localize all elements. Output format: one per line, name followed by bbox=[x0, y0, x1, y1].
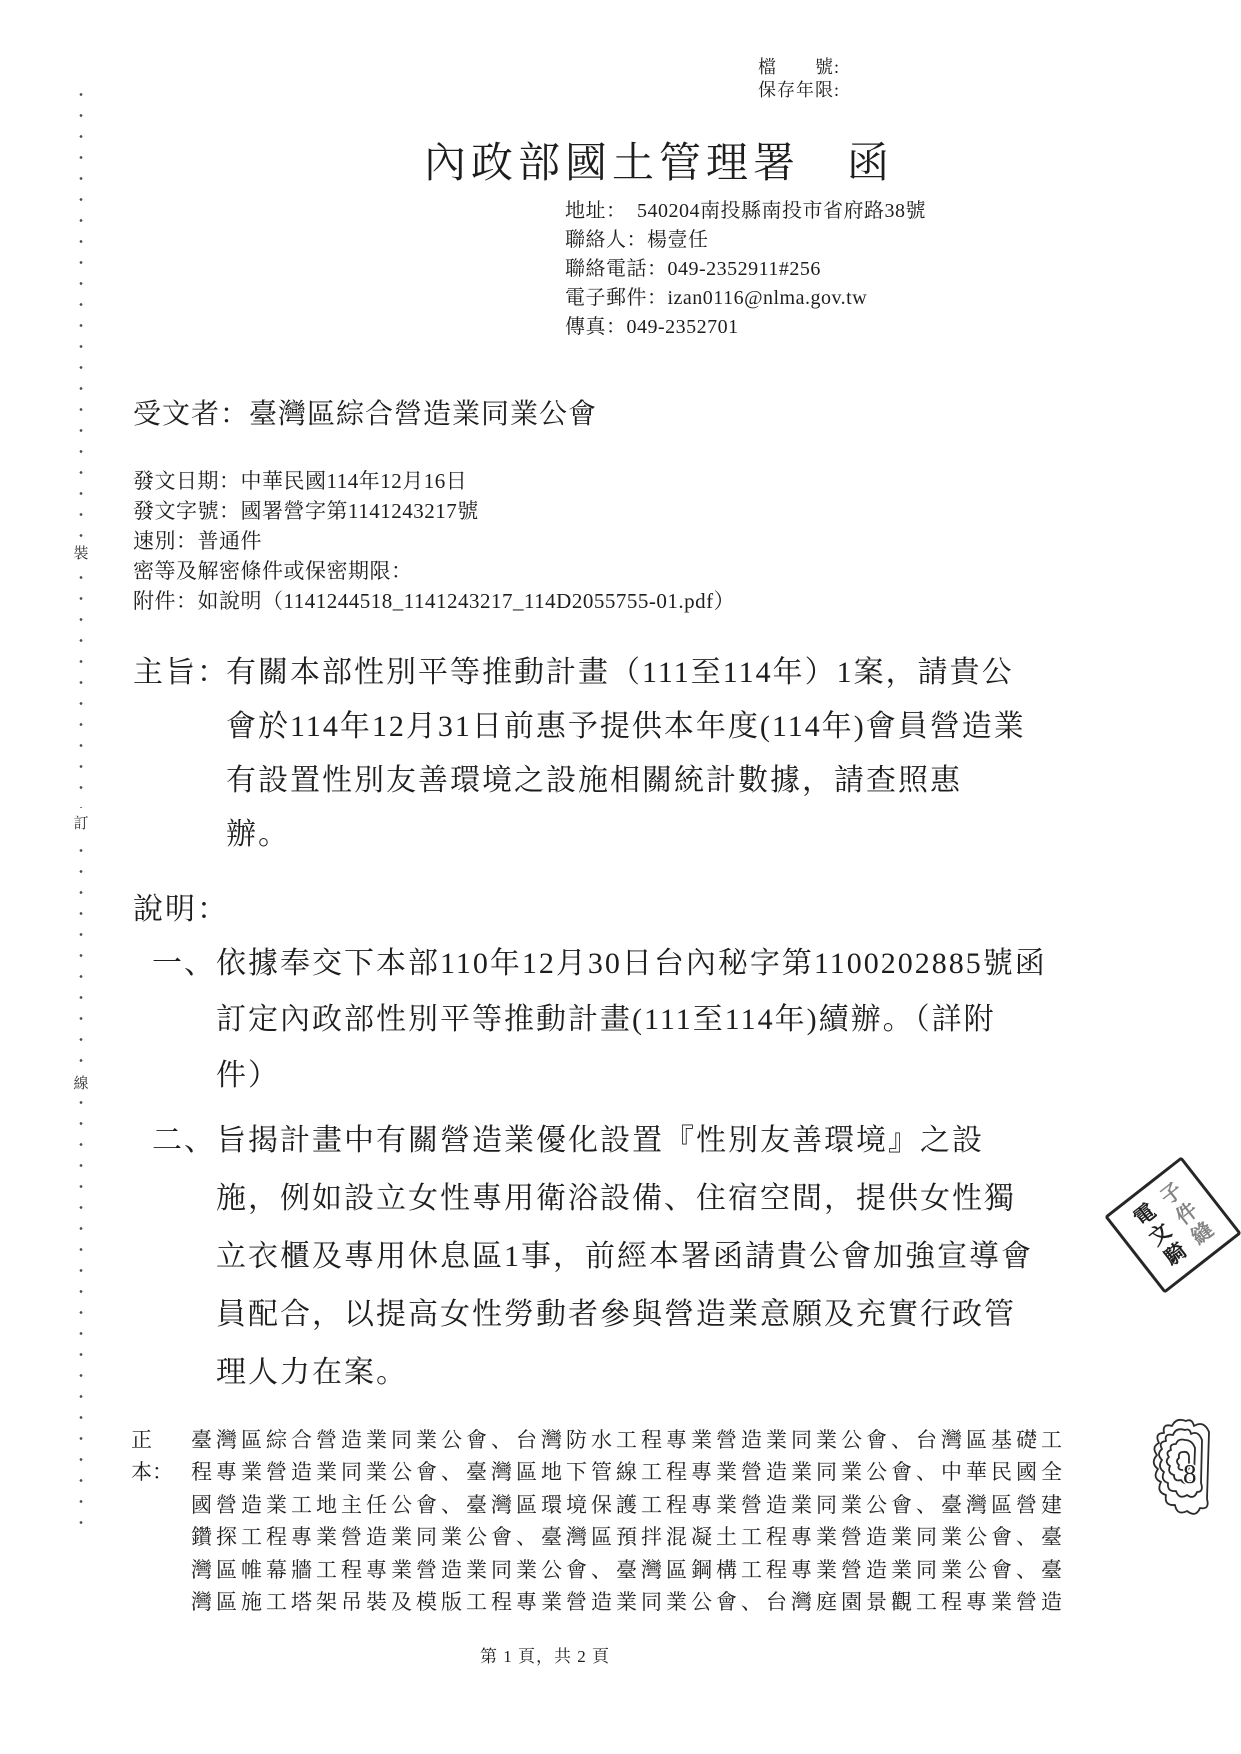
page-number-footer: 第 1 頁，共 2 頁 bbox=[0, 1642, 1090, 1667]
copies-line: 國營造業工地主任公會、臺灣區環境保護工程專業營造業同業公會、臺灣區營建 bbox=[191, 1489, 1066, 1521]
subject-line: 有設置性別友善環境之設施相關統計數據，請查照惠 bbox=[226, 754, 1026, 808]
copies-line: 臺灣區綜合營造業同業公會、台灣防水工程專業營造業同業公會、台灣區基礎工 bbox=[191, 1424, 1066, 1456]
item-line: 立衣櫃及專用休息區1事，前經本署函請貴公會加強宣導會 bbox=[216, 1228, 1033, 1286]
item-line: 依據奉交下本部110年12月30日台內秘字第1100202885號函 bbox=[216, 936, 1047, 992]
sender-info-block: 地址： 540204南投縣南投市省府路38號 聯絡人：楊壹任 聯絡電話：049-… bbox=[565, 197, 926, 342]
copies-label: 正本： bbox=[131, 1424, 191, 1618]
item-line: 施，例如設立女性專用衛浴設備、住宿空間，提供女性獨 bbox=[216, 1170, 1033, 1228]
binding-mark-ding: 訂 bbox=[72, 808, 90, 837]
subject-line: 辦。 bbox=[226, 808, 1026, 862]
subject-label: 主旨： bbox=[133, 646, 229, 700]
item-line: 理人力在案。 bbox=[216, 1344, 1033, 1402]
file-number-block: 檔 號: 保存年限: bbox=[758, 56, 840, 102]
item-line: 件） bbox=[216, 1048, 1047, 1104]
official-letter-page: 裝 訂 線 檔 號: 保存年限: 內政部國土管理署 函 地址： 540204南投… bbox=[0, 0, 1241, 1754]
retention-period-label: 保存年限: bbox=[758, 79, 840, 102]
document-meta-block: 發文日期：中華民國114年12月16日 發文字號：國署營字第1141243217… bbox=[133, 466, 735, 616]
copies-line: 灣區施工塔架吊裝及模版工程專業營造業同業公會、台灣庭園景觀工程專業營造 bbox=[191, 1586, 1066, 1618]
electronic-seam-stamp: 電文騎 子件縫 bbox=[1104, 1156, 1241, 1294]
issue-date: 發文日期：中華民國114年12月16日 bbox=[133, 466, 735, 496]
file-number-label: 檔 號: bbox=[758, 56, 840, 79]
subject-line: 會於114年12月31日前惠予提供本年度(114年)會員營造業 bbox=[226, 700, 1026, 754]
document-title: 內政部國土管理署 函 bbox=[424, 130, 894, 190]
item-number: 一、 bbox=[152, 936, 216, 1104]
item-line: 員配合，以提高女性勞動者參與營造業意願及充實行政管 bbox=[216, 1286, 1033, 1344]
sender-fax: 傳真：049-2352701 bbox=[565, 313, 926, 342]
copies-line: 程專業營造業同業公會、臺灣區地下管線工程專業營造業同業公會、中華民國全 bbox=[191, 1456, 1066, 1488]
sender-phone: 聯絡電話：049-2352911#256 bbox=[565, 255, 926, 284]
subject-body: 有關本部性別平等推動計畫（111至114年）1案，請貴公 會於114年12月31… bbox=[226, 646, 1026, 862]
recipient-line: 受文者：臺灣區綜合營造業同業公會 bbox=[133, 392, 597, 432]
item-number: 二、 bbox=[152, 1112, 216, 1402]
sender-contact-person: 聯絡人：楊壹任 bbox=[565, 226, 926, 255]
speed-class: 速別：普通件 bbox=[133, 526, 735, 556]
security-class: 密等及解密條件或保密期限： bbox=[133, 556, 735, 586]
binding-mark-xian: 線 bbox=[72, 1068, 90, 1097]
item-line: 訂定內政部性別平等推動計畫(111至114年)續辦。（詳附 bbox=[216, 992, 1047, 1048]
copies-line: 灣區帷幕牆工程專業營造業同業公會、臺灣區鋼構工程專業營造業同業公會、臺 bbox=[191, 1554, 1066, 1586]
sender-email: 電子郵件：izan0116@nlma.gov.tw bbox=[565, 284, 926, 313]
explanation-item-2: 二、 旨揭計畫中有關營造業優化設置『性別友善環境』之設 施，例如設立女性專用衛浴… bbox=[152, 1112, 1033, 1402]
page-seam-seal: 8 bbox=[1150, 1417, 1216, 1525]
attachment-line: 附件：如說明（1141244518_1141243217_114D2055755… bbox=[133, 586, 735, 616]
subject-line: 有關本部性別平等推動計畫（111至114年）1案，請貴公 bbox=[226, 646, 1026, 700]
item-body: 旨揭計畫中有關營造業優化設置『性別友善環境』之設 施，例如設立女性專用衛浴設備、… bbox=[216, 1112, 1033, 1402]
sender-address: 地址： 540204南投縣南投市省府路38號 bbox=[565, 197, 926, 226]
original-copies-block: 正本： 臺灣區綜合營造業同業公會、台灣防水工程專業營造業同業公會、台灣區基礎工 … bbox=[131, 1424, 1066, 1618]
issue-number: 發文字號：國署營字第1141243217號 bbox=[133, 496, 735, 526]
item-line: 旨揭計畫中有關營造業優化設置『性別友善環境』之設 bbox=[216, 1112, 1033, 1170]
copies-body: 臺灣區綜合營造業同業公會、台灣防水工程專業營造業同業公會、台灣區基礎工 程專業營… bbox=[191, 1424, 1066, 1618]
explanation-item-1: 一、 依據奉交下本部110年12月30日台內秘字第1100202885號函 訂定… bbox=[152, 936, 1047, 1104]
explanation-label: 說明： bbox=[133, 883, 229, 937]
copies-line: 鑽探工程專業營造業同業公會、臺灣區預拌混凝土工程專業營造業同業公會、臺 bbox=[191, 1521, 1066, 1553]
page-seal-number: 8 bbox=[1183, 1459, 1197, 1489]
item-body: 依據奉交下本部110年12月30日台內秘字第1100202885號函 訂定內政部… bbox=[216, 936, 1047, 1104]
binding-mark-zhuang: 裝 bbox=[72, 538, 90, 567]
